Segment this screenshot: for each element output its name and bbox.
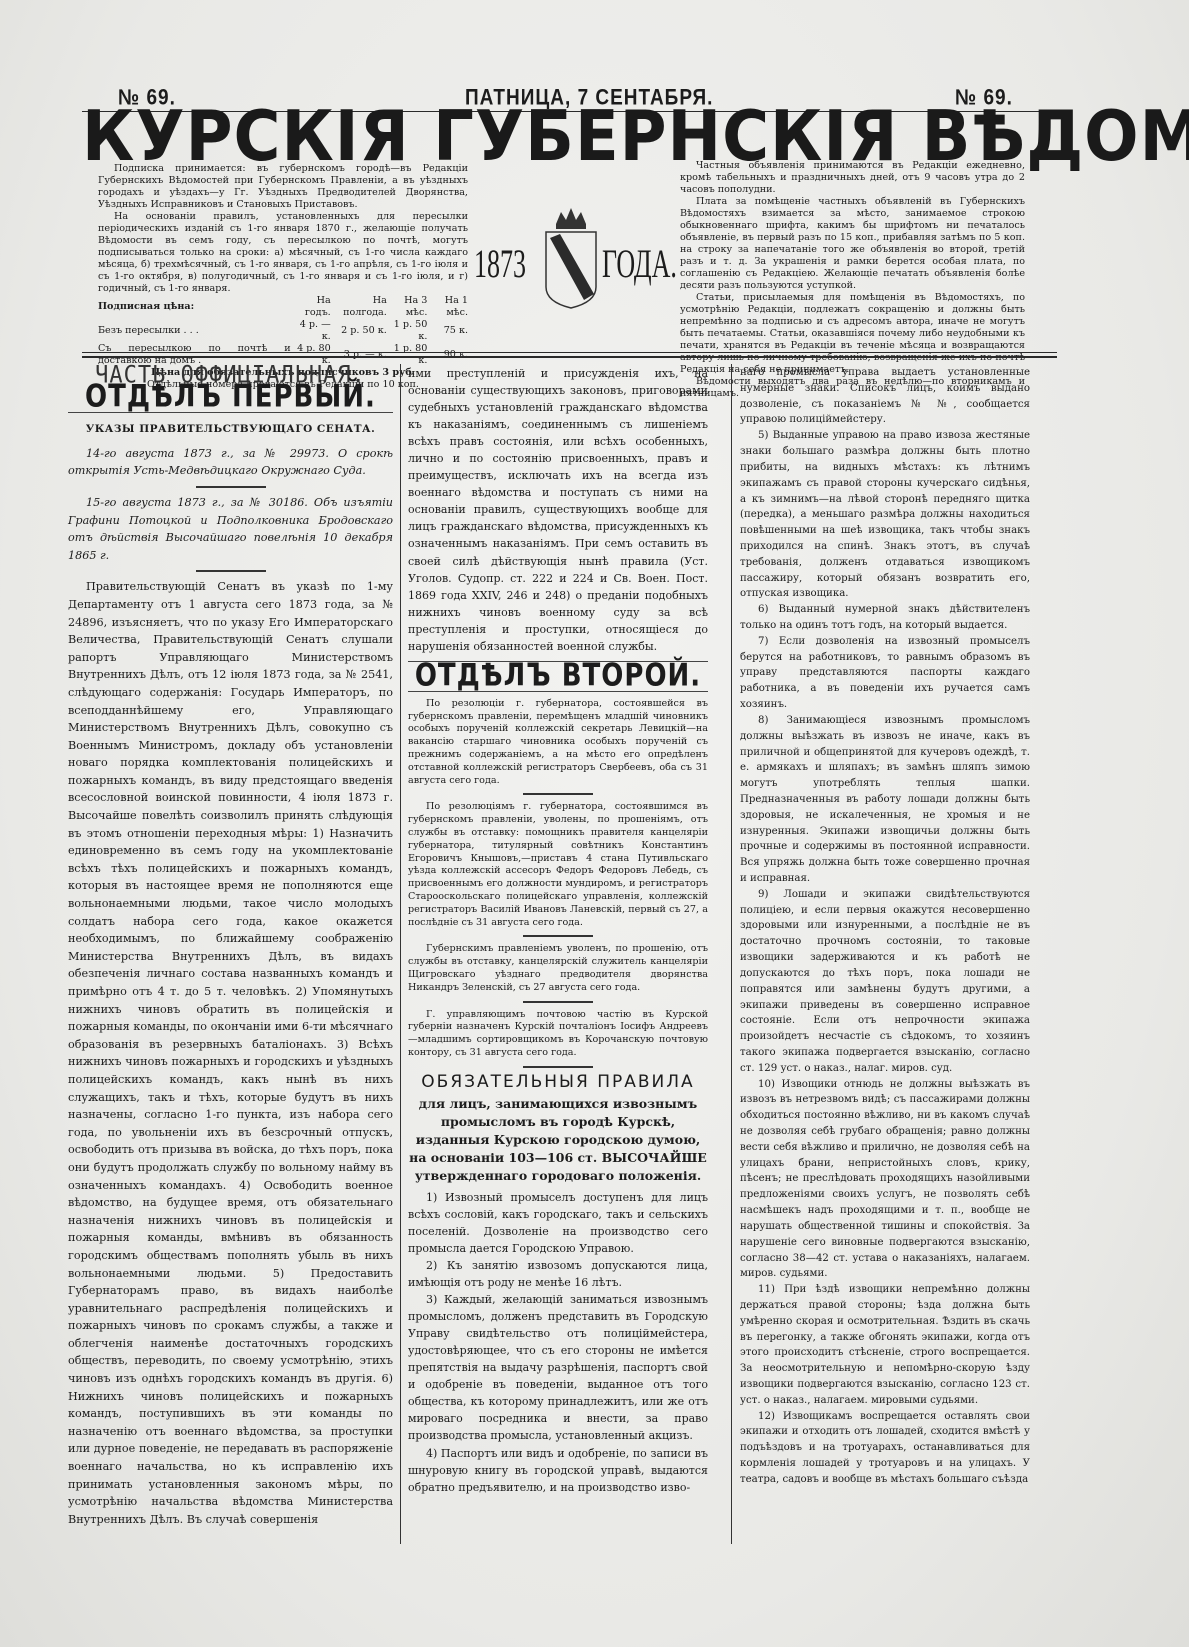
rule-item: 10) Извощики отнюдь не должны выѣзжать в… bbox=[740, 1077, 1030, 1283]
notice-item: По резолюціи г. губернатора, состоявшейс… bbox=[408, 698, 708, 788]
ukaz-item: 14-го августа 1873 г., за № 29973. О сро… bbox=[68, 445, 393, 480]
divider bbox=[523, 1066, 593, 1068]
column-2: ими преступленій и присужденія ихъ, на о… bbox=[408, 365, 708, 1496]
header-bottom-rule bbox=[82, 352, 1057, 353]
decree-continuation: ими преступленій и присужденія ихъ, на о… bbox=[408, 365, 708, 655]
divider bbox=[196, 486, 266, 488]
section-title: ОТДѢЛЪ ВТОРОЙ. bbox=[408, 666, 708, 686]
subscription-where: Подписка принимается: въ губернскомъ гор… bbox=[98, 163, 468, 211]
subscription-terms: На основаніи правилъ, установленныхъ для… bbox=[98, 211, 468, 295]
rule-item: 11) При ѣздѣ извощики непремѣнно должны … bbox=[740, 1282, 1030, 1409]
rule-item: 1) Извозный промыселъ доступенъ для лицъ… bbox=[408, 1189, 708, 1257]
divider bbox=[196, 570, 266, 572]
rule-item: 7) Если дозволенія на извозный промыселъ… bbox=[740, 634, 1030, 713]
year-emblem-block: 1873 ГОДА. bbox=[474, 200, 704, 320]
ukaz-item: 15-го августа 1873 г., за № 30186. Объ и… bbox=[68, 494, 393, 564]
ukaz-heading: УКАЗЫ ПРАВИТЕЛЬСТВУЮЩАГО СЕНАТА. bbox=[68, 421, 393, 439]
rule-item: 6) Выданный нумерной знакъ дѣйствителенъ… bbox=[740, 602, 1030, 634]
rule-item: 12) Извощикамъ воспрещается оставлять св… bbox=[740, 1409, 1030, 1488]
price-row: Безъ пересылки . . . 4 р. — к. 2 р. 50 к… bbox=[98, 319, 468, 343]
senate-decree-text: Правительствующій Сенатъ въ указѣ по 1-м… bbox=[68, 578, 393, 1528]
rule-item: 2) Къ занятію извозомъ допускаются лица,… bbox=[408, 1257, 708, 1291]
rules-subtitle: для лицъ, занимающихся извознымъ промысл… bbox=[408, 1095, 708, 1185]
rule-item: 8) Занимающіеся извознымъ промысломъ дол… bbox=[740, 713, 1030, 887]
year-number: 1873 bbox=[474, 240, 526, 287]
divider bbox=[523, 793, 593, 795]
column-3: наго промысла управа выдаетъ установленн… bbox=[740, 365, 1030, 1488]
newspaper-page: № 69. ПАТНИЦА, 7 СЕНТАБРЯ. № 69. КУРСКІЯ… bbox=[0, 0, 1189, 1647]
price-header-row: Подписная цѣна: На годъ. На полгода. На … bbox=[98, 295, 468, 319]
rule-item: 3) Каждый, желающій заниматься извознымъ… bbox=[408, 1291, 708, 1444]
column-divider bbox=[731, 364, 732, 1544]
notice-item: Г. управляющимъ почтовою частію въ Курск… bbox=[408, 1009, 708, 1060]
column-1: ЧАСТЬ ОФФИЦІАЛЬНАЯ. ОТДѢЛЪ ПЕРВЫЙ. УКАЗЫ… bbox=[68, 365, 393, 1528]
notice-item: По резолюціямъ г. губернатора, состоявши… bbox=[408, 801, 708, 929]
divider bbox=[523, 935, 593, 937]
header-bottom-rule-double bbox=[82, 356, 1057, 358]
rules-title: ОБЯЗАТЕЛЬНЫЯ ПРАВИЛА bbox=[408, 1074, 708, 1091]
rule-item: 9) Лошади и экипажи свидѣтельствуются по… bbox=[740, 887, 1030, 1077]
notice-item: Губернскимъ правленіемъ уволенъ, по прош… bbox=[408, 943, 708, 994]
rule-item: 4) Паспортъ или видъ и одобреніе, по зап… bbox=[408, 1445, 708, 1496]
rule-item: 5) Выданные управою на право извоза жест… bbox=[740, 428, 1030, 602]
year-label: ГОДА. bbox=[602, 240, 677, 287]
coat-of-arms-icon bbox=[536, 202, 606, 312]
section-title: ОТДѢЛЪ ПЕРВЫЙ. bbox=[68, 387, 393, 408]
column-divider bbox=[400, 364, 401, 1544]
rule-item: наго промысла управа выдаетъ установленн… bbox=[740, 365, 1030, 428]
divider bbox=[523, 1001, 593, 1003]
